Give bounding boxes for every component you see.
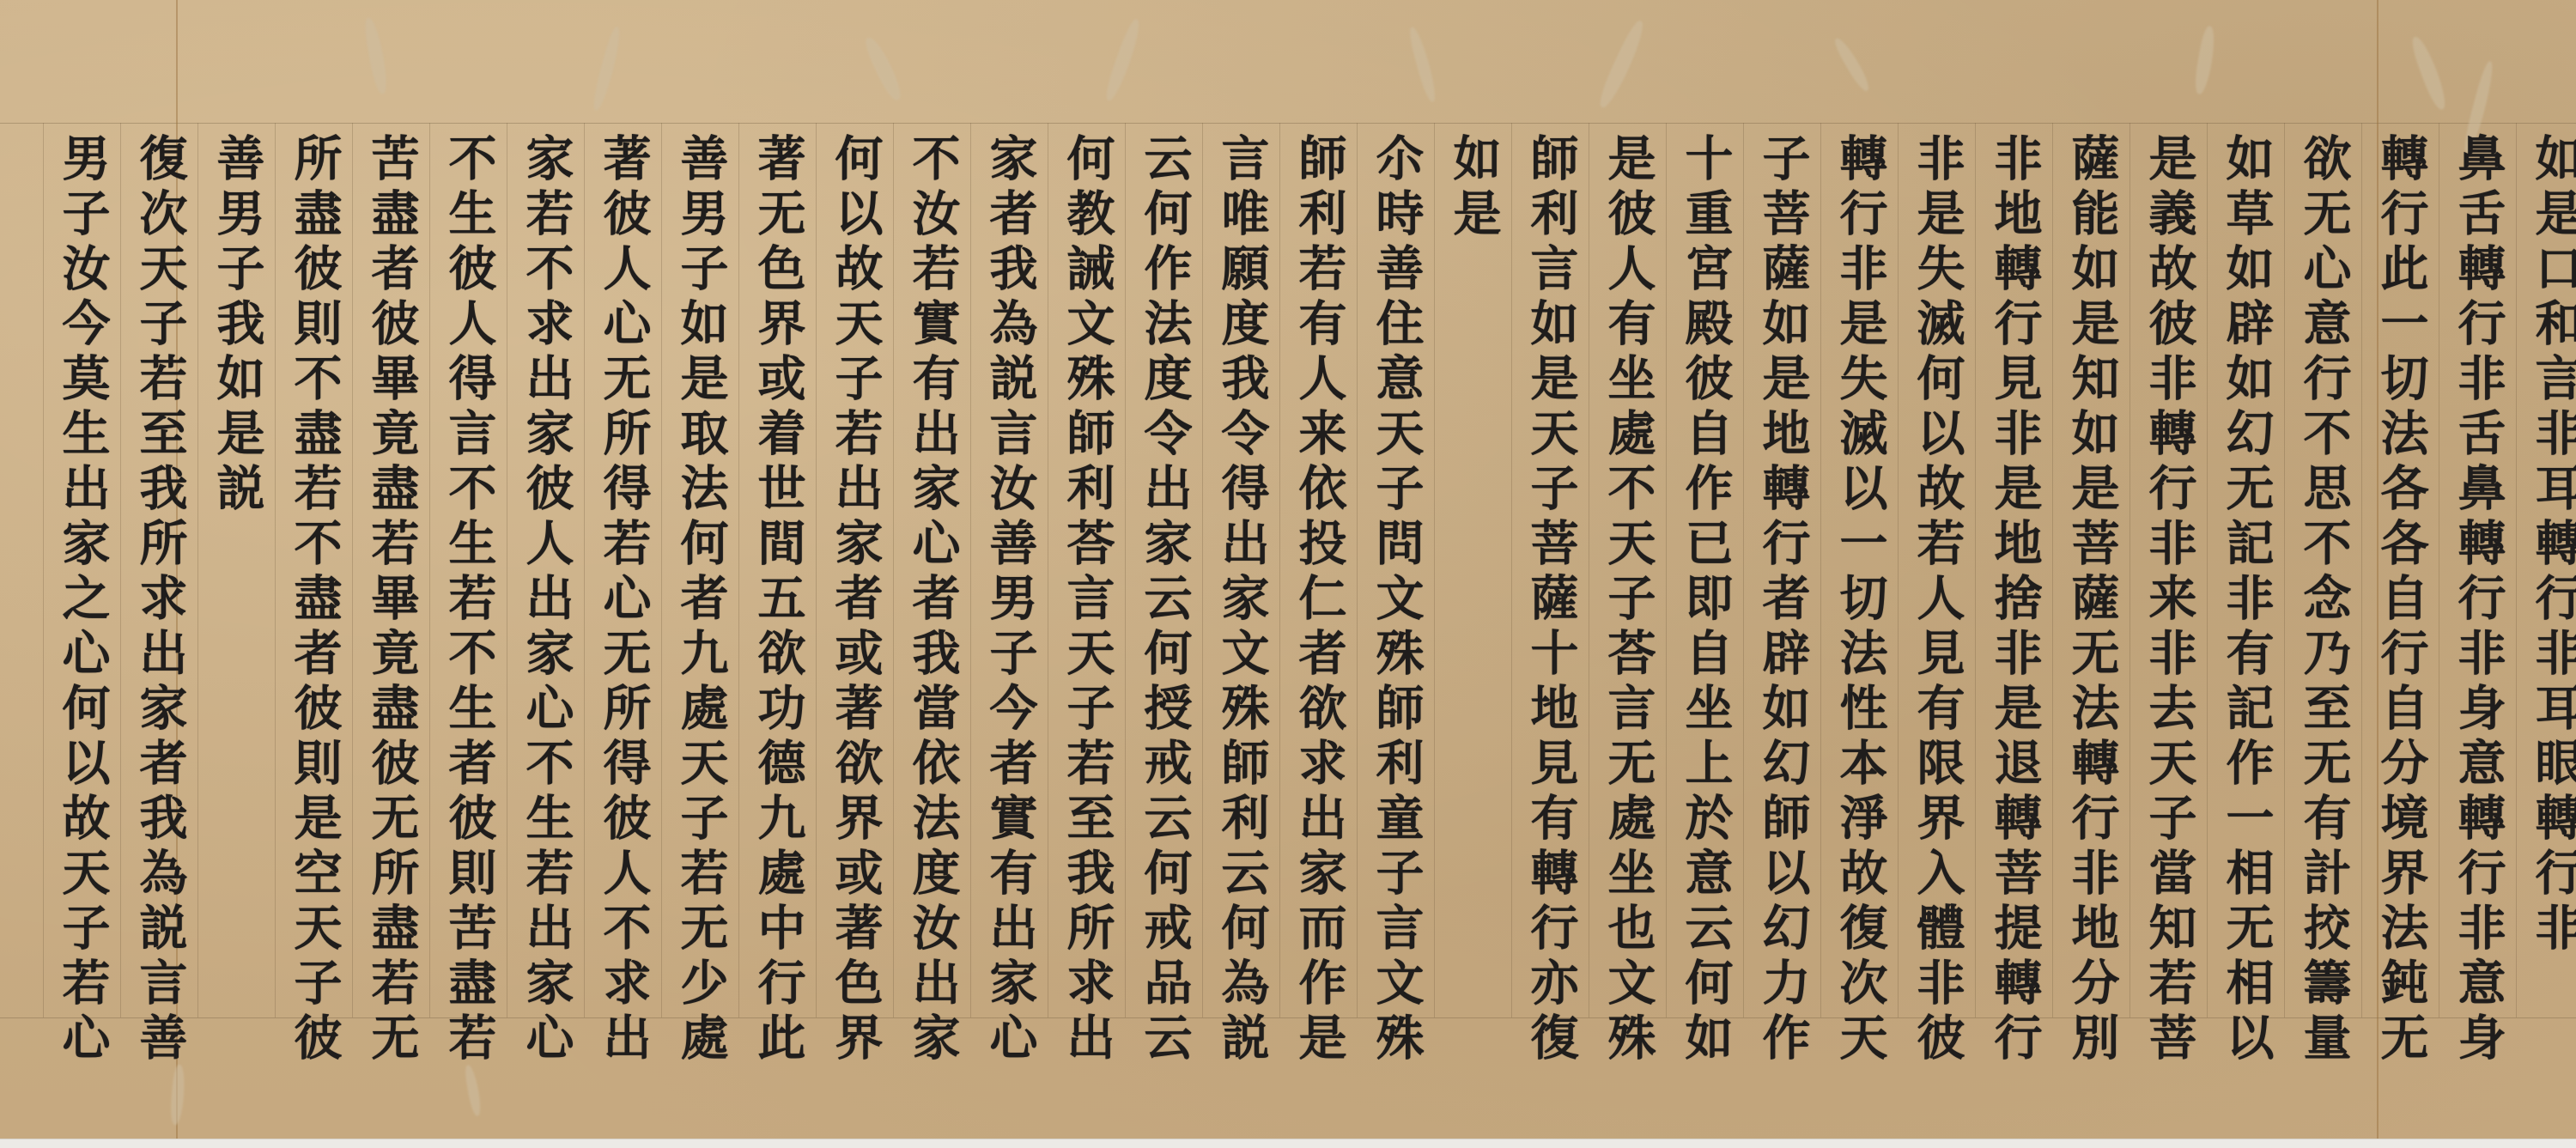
- column-text: 鼻舌轉行非舌鼻轉行非身意轉行非意身: [2439, 133, 2518, 1017]
- text-column: 苦盡者彼畢竟盡若畢竟盡彼无所盡若无: [352, 123, 431, 1017]
- text-column: 言唯願度我令得出家文殊師利云何為説: [1202, 123, 1281, 1017]
- column-text: 轉行此一切法各各自行自分境界法鈍无: [2362, 133, 2441, 1017]
- column-text: 何以故天子若出家者或著欲界或著色界: [817, 133, 896, 1017]
- water-stain: [862, 34, 905, 103]
- water-stain: [2409, 34, 2450, 112]
- text-column: 如是: [1434, 123, 1513, 1017]
- column-text: 如草如辟如幻无記非有記作一相无相以: [2208, 133, 2287, 1017]
- text-column: 薩能如是知如是菩薩无法轉行非地分別: [2052, 123, 2131, 1017]
- column-text: 云何作法度令出家云何授戒云何戒品云: [1126, 133, 1205, 1017]
- water-stain: [1595, 18, 1649, 110]
- text-column: 十重宮殿彼自作已即自坐上於意云何如: [1666, 123, 1745, 1017]
- column-text: 善男子如是取法何者九處天子若无少處: [662, 133, 741, 1017]
- column-text: 著彼人心无所得若心无所得彼人不求出: [585, 133, 664, 1017]
- water-stain: [1102, 17, 1144, 102]
- column-text: 十重宮殿彼自作已即自坐上於意云何如: [1667, 133, 1746, 1017]
- water-stain: [1407, 26, 1439, 104]
- column-text: 是義故彼非轉行非来非去天子當知若菩: [2130, 133, 2209, 1017]
- text-column: 家者我為説言汝善男子今者實有出家心: [970, 123, 1049, 1017]
- text-column: 不汝若實有出家心者我當依法度汝出家: [893, 123, 972, 1017]
- text-column: 是彼人有坐處不天子荅言无處坐也文殊: [1589, 123, 1668, 1017]
- text-column: 不生彼人得言不生若不生者彼則苦盡若: [429, 123, 508, 1017]
- column-text: 非是失滅何以故若人見有限界入體非彼: [1899, 133, 1978, 1017]
- column-text: 尒時善住意天子問文殊師利童子言文殊: [1358, 133, 1437, 1017]
- text-column: 非是失滅何以故若人見有限界入體非彼: [1898, 123, 1977, 1017]
- text-column: 男子汝今莫生出家之心何以故天子若心: [43, 123, 122, 1017]
- text-column: 非地轉行見非是地捨非是退轉菩提轉行: [1975, 123, 2054, 1017]
- text-column: 師利言如是天子菩薩十地見有轉行亦復: [1511, 123, 1590, 1017]
- column-text: 如是口和言非耳轉行非耳眼轉行非: [2517, 133, 2576, 1017]
- column-text: 善男子我如是説: [198, 133, 277, 1017]
- text-column: 善男子我如是説: [197, 123, 276, 1017]
- text-column: 何教誡文殊師利荅言天子若至我所求出: [1048, 123, 1127, 1017]
- text-column: 何以故天子若出家者或著欲界或著色界: [816, 123, 895, 1017]
- column-text: 家若不求出家彼人出家心不生若出家心: [507, 133, 586, 1017]
- text-column: 轉行非是失滅以一切法性本淨故復次天: [1820, 123, 1899, 1017]
- column-text: 師利若有人来依投仁者欲求出家而作是: [1280, 133, 1359, 1017]
- column-text: 何教誡文殊師利荅言天子若至我所求出: [1048, 133, 1127, 1017]
- text-column: 師利若有人来依投仁者欲求出家而作是: [1279, 123, 1358, 1017]
- column-text: 家者我為説言汝善男子今者實有出家心: [971, 133, 1050, 1017]
- text-column: 轉行此一切法各各自行自分境界法鈍无: [2361, 123, 2440, 1017]
- text-column: 欲无心意行不思不念乃至无有計挍籌量: [2284, 123, 2363, 1017]
- text-column: 著彼人心无所得若心无所得彼人不求出: [584, 123, 663, 1017]
- column-text: 欲无心意行不思不念乃至无有計挍籌量: [2285, 133, 2364, 1017]
- column-text: 男子汝今莫生出家之心何以故天子若心: [44, 133, 123, 1017]
- water-stain: [464, 1064, 483, 1116]
- text-column: 善男子如是取法何者九處天子若无少處: [661, 123, 740, 1017]
- column-text: 是彼人有坐處不天子荅言无處坐也文殊: [1589, 133, 1668, 1017]
- manuscript-scroll: 如是口和言非耳轉行非耳眼轉行非 鼻舌轉行非舌鼻轉行非身意轉行非意身 轉行此一切法…: [0, 0, 2576, 1139]
- text-columns: 如是口和言非耳轉行非耳眼轉行非 鼻舌轉行非舌鼻轉行非身意轉行非意身 轉行此一切法…: [0, 123, 2576, 1017]
- text-column: 所盡彼則不盡若不盡者彼則是空天子彼: [275, 123, 354, 1017]
- column-text: 如是: [1435, 133, 1514, 1017]
- column-text: 所盡彼則不盡若不盡者彼則是空天子彼: [276, 133, 355, 1017]
- water-stain: [362, 16, 389, 94]
- column-text: 著无色界或着世間五欲功德九處中行此: [739, 133, 818, 1017]
- water-stain: [2192, 25, 2218, 95]
- column-text: 言唯願度我令得出家文殊師利云何為説: [1203, 133, 1282, 1017]
- column-text: 非地轉行見非是地捨非是退轉菩提轉行: [1976, 133, 2055, 1017]
- text-column: 云何作法度令出家云何授戒云何戒品云: [1125, 123, 1204, 1017]
- text-column: 如草如辟如幻无記非有記作一相无相以: [2207, 123, 2286, 1017]
- text-column: 如是口和言非耳轉行非耳眼轉行非: [2516, 123, 2576, 1017]
- text-column: 是義故彼非轉行非来非去天子當知若菩: [2129, 123, 2208, 1017]
- text-column: 著无色界或着世間五欲功德九處中行此: [738, 123, 817, 1017]
- column-text: 子菩薩如是地轉行者辟如幻師以幻力作: [1744, 133, 1823, 1017]
- scroll-mount-edge: [0, 1139, 2576, 1148]
- column-text: 師利言如是天子菩薩十地見有轉行亦復: [1512, 133, 1591, 1017]
- water-stain: [169, 1065, 186, 1126]
- text-column: 子菩薩如是地轉行者辟如幻師以幻力作: [1743, 123, 1822, 1017]
- column-text: 薩能如是知如是菩薩无法轉行非地分別: [2053, 133, 2132, 1017]
- column-text: 復次天子若至我所求出家者我為説言善: [121, 133, 200, 1017]
- water-stain: [590, 26, 623, 112]
- column-text: 不汝若實有出家心者我當依法度汝出家: [894, 133, 973, 1017]
- text-column: 復次天子若至我所求出家者我為説言善: [120, 123, 199, 1017]
- text-column: 尒時善住意天子問文殊師利童子言文殊: [1357, 123, 1436, 1017]
- water-stain: [1832, 35, 1872, 94]
- column-text: 苦盡者彼畢竟盡若畢竟盡彼无所盡若无: [353, 133, 432, 1017]
- column-text: 不生彼人得言不生若不生者彼則苦盡若: [430, 133, 509, 1017]
- text-column: 家若不求出家彼人出家心不生若出家心: [507, 123, 586, 1017]
- column-text: 轉行非是失滅以一切法性本淨故復次天: [1821, 133, 1900, 1017]
- text-column: 鼻舌轉行非舌鼻轉行非身意轉行非意身: [2439, 123, 2518, 1017]
